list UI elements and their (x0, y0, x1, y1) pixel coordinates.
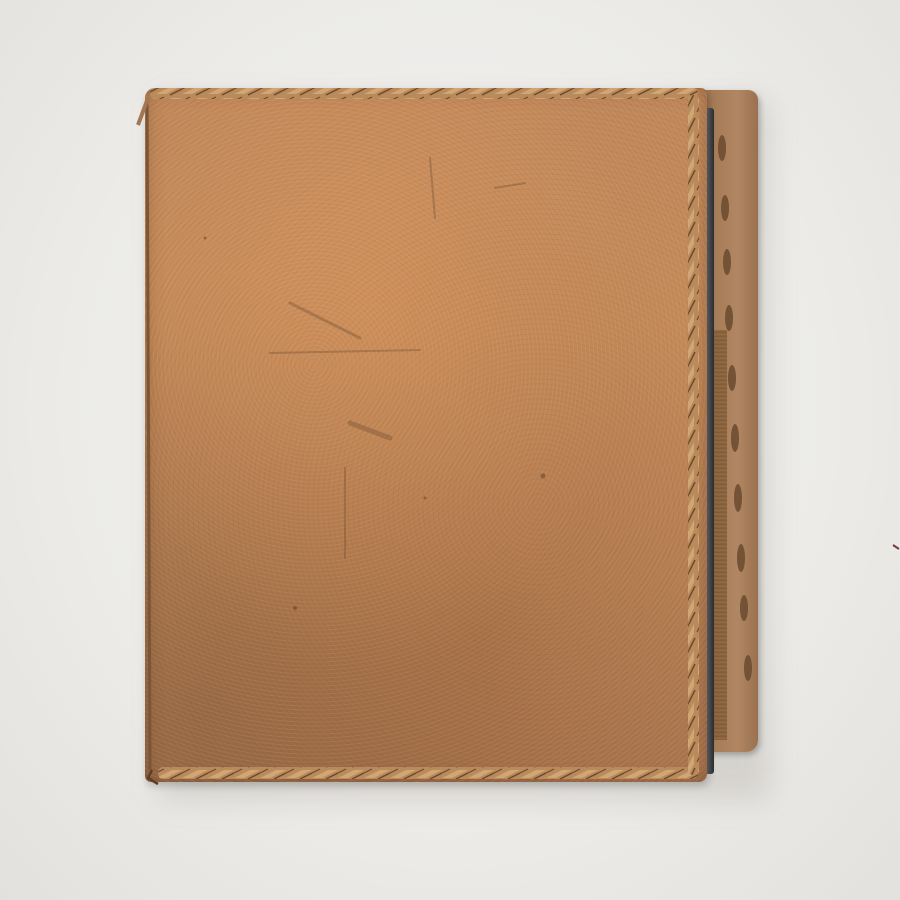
stray-mark (0, 0, 900, 900)
photo-scene (0, 0, 900, 900)
